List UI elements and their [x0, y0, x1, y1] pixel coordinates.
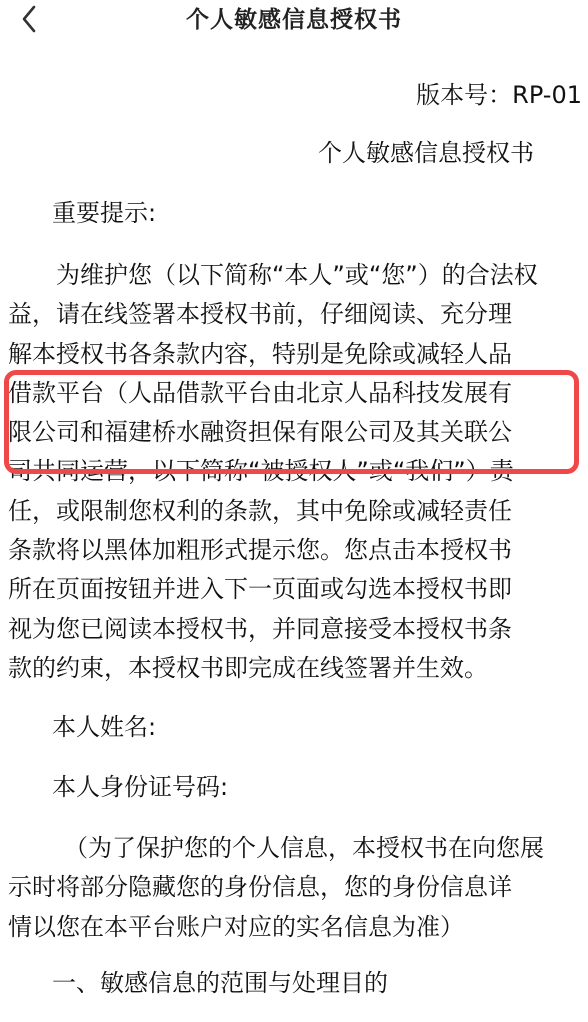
section-1-heading: 一、敏感信息的范围与处理目的 [52, 966, 388, 1000]
name-label: 本人姓名: [52, 710, 156, 744]
paragraph-line: 借款平台（人品借款平台由北京人品科技发展有 [8, 374, 588, 413]
paragraph-line: 益，请在线签署本授权书前，仔细阅读、充分理 [8, 295, 588, 334]
paragraph-line: 款的约束，本授权书即完成在线签署并生效。 [8, 649, 588, 688]
version-number: 版本号：RP-01 [416, 78, 582, 112]
important-notice-heading: 重要提示: [52, 196, 156, 230]
intro-paragraph: 为维护您（以下简称“本人”或“您”）的合法权 益，请在线签署本授权书前，仔细阅读… [8, 256, 588, 688]
paragraph-line: 司共同运营，以下简称“被授权人”或“我们”）责 [8, 452, 588, 491]
id-number-label: 本人身份证号码: [52, 770, 228, 804]
paragraph-line: 条款将以黑体加粗形式提示您。您点击本授权书 [8, 531, 588, 570]
paragraph-line: 任，或限制您权利的条款，其中免除或减轻责任 [8, 492, 588, 531]
paragraph-line: （为了保护您的个人信息，本授权书在向您展 [8, 829, 588, 868]
paragraph-line: 视为您已阅读本授权书，并同意接受本授权书条 [8, 610, 588, 649]
navigation-bar: 个人敏感信息授权书 [0, 0, 588, 44]
paragraph-line: 解本授权书各条款内容，特别是免除或减轻人品 [8, 335, 588, 374]
paragraph-line: 为维护您（以下简称“本人”或“您”）的合法权 [8, 256, 588, 295]
paragraph-line: 示时将部分隐藏您的身份信息，您的身份信息详 [8, 868, 588, 907]
privacy-note-paragraph: （为了保护您的个人信息，本授权书在向您展 示时将部分隐藏您的身份信息，您的身份信… [8, 829, 588, 947]
paragraph-line: 情以您在本平台账户对应的实名信息为准） [8, 908, 588, 947]
paragraph-line: 所在页面按钮并进入下一页面或勾选本授权书即 [8, 570, 588, 609]
paragraph-line: 限公司和福建桥水融资担保有限公司及其关联公 [8, 413, 588, 452]
page-title: 个人敏感信息授权书 [0, 4, 588, 36]
document-title: 个人敏感信息授权书 [318, 136, 534, 170]
